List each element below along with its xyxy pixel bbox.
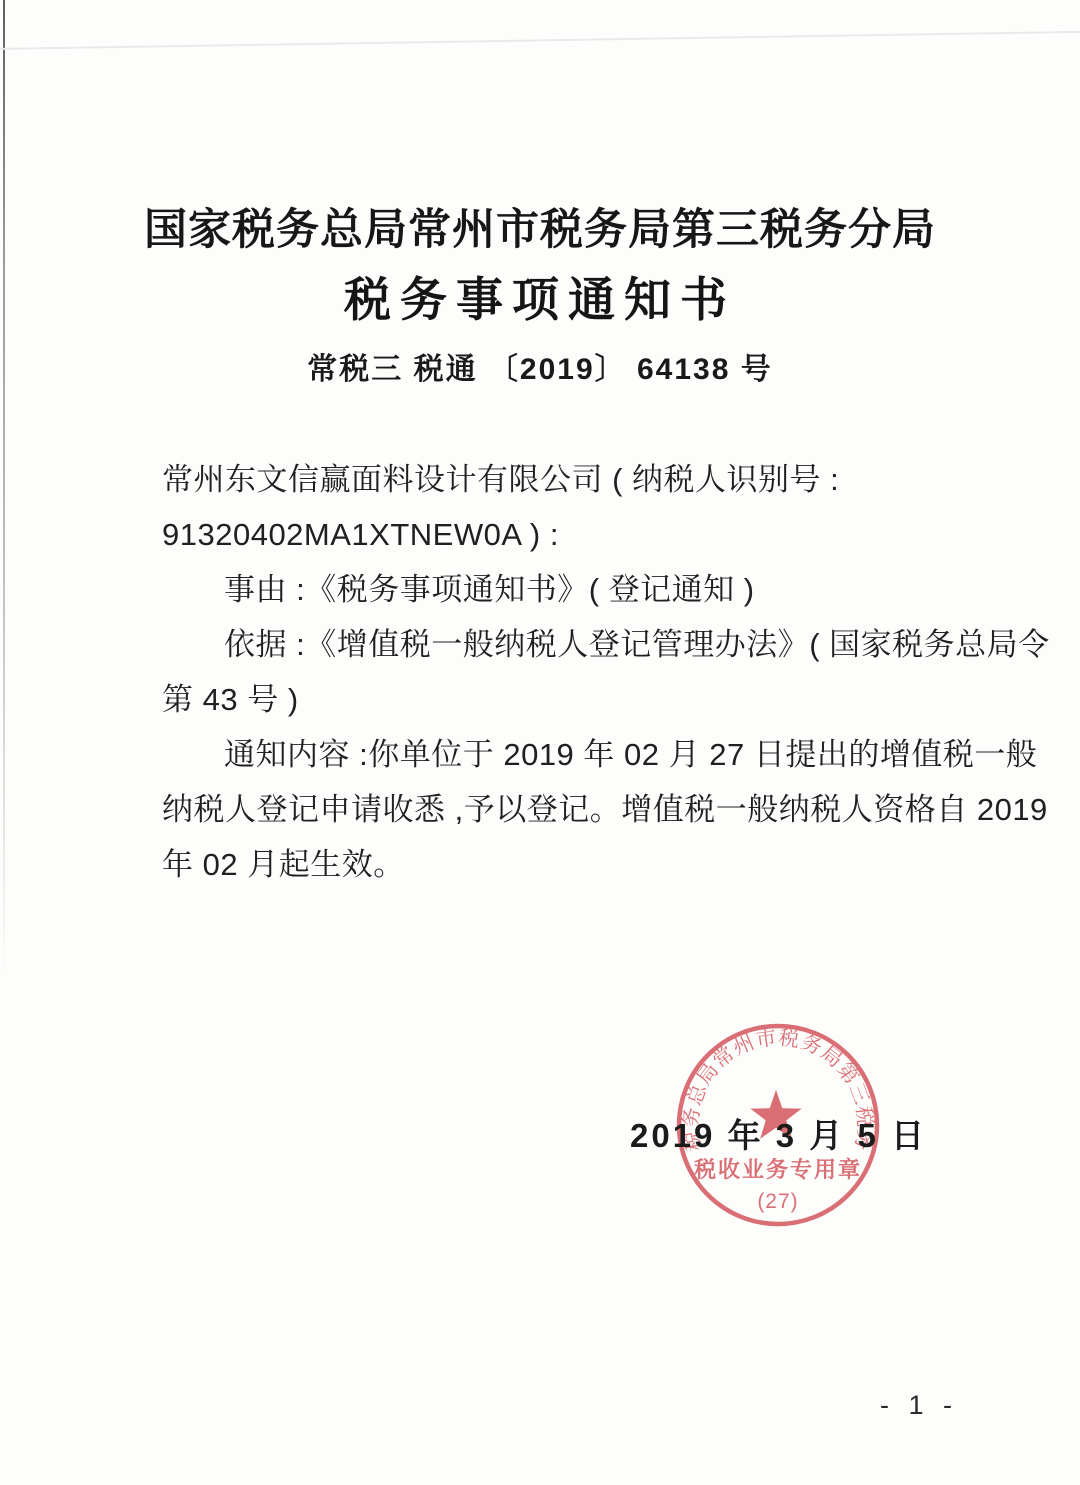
- body-line: 通知内容 :你单位于 2019 年 02 月 27 日提出的增值税一般: [162, 727, 962, 782]
- body-line: 常州东文信赢面料设计有限公司 ( 纳税人识别号 :: [162, 452, 962, 507]
- issuing-agency-title: 国家税务总局常州市税务局第三税务分局: [0, 196, 1080, 257]
- document-title: 税务事项通知书: [0, 263, 1080, 330]
- scan-artifact-top-line: [0, 31, 1080, 50]
- scanned-tax-notice-page: 国家税务总局常州市税务局第三税务分局 税务事项通知书 常税三 税通 〔2019〕…: [0, 0, 1080, 1485]
- document-number: 常税三 税通 〔2019〕 64138 号: [0, 344, 1080, 388]
- body-line: 纳税人登记申请收悉 ,予以登记。增值税一般纳税人资格自 2019: [162, 782, 962, 837]
- body-line: 依据 :《增值税一般纳税人登记管理办法》( 国家税务总局令: [162, 617, 962, 672]
- scan-artifact-left-edge: [3, 0, 5, 1010]
- seal-center-label: 税收业务专用章: [693, 1157, 862, 1182]
- notice-body: 常州东文信赢面料设计有限公司 ( 纳税人识别号 :91320402MA1XTNE…: [162, 452, 962, 892]
- seal-number: (27): [757, 1190, 798, 1213]
- body-line: 事由 :《税务事项通知书》( 登记通知 ): [162, 562, 962, 617]
- body-line: 91320402MA1XTNEW0A ) :: [162, 507, 962, 562]
- page-number: - 1 -: [880, 1390, 958, 1421]
- body-line: 第 43 号 ): [162, 672, 962, 727]
- body-line: 年 02 月起生效。: [162, 837, 962, 892]
- issue-date: 2019 年 3 月 5 日: [630, 1110, 927, 1157]
